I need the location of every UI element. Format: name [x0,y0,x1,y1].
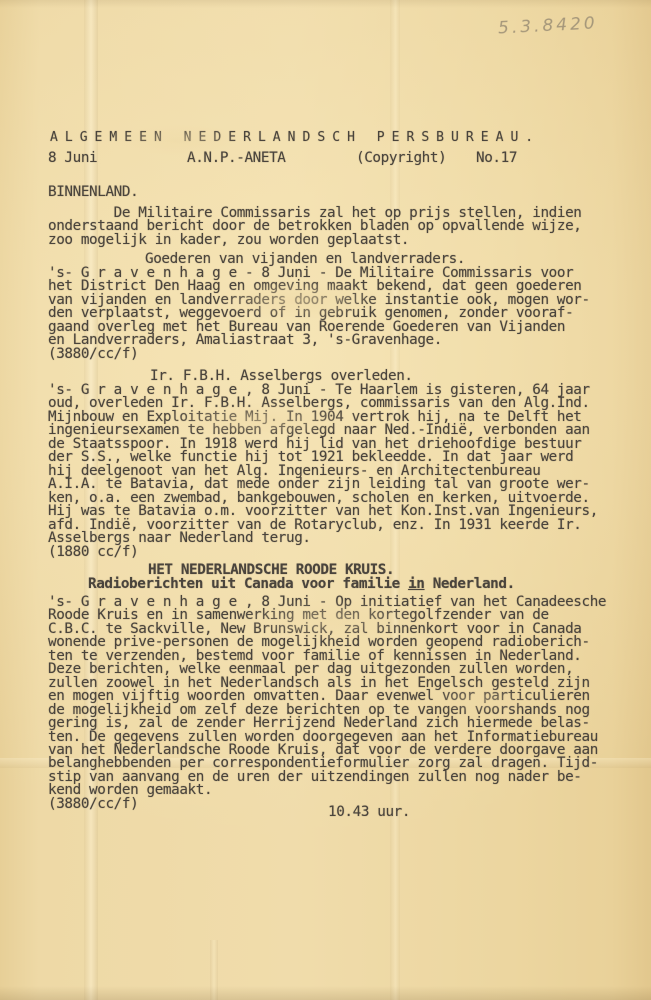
handwritten-archive-number: 5.3.8420 [498,13,599,38]
paper-edge-shadow [0,0,651,8]
article-code: (3880/cc/f) [48,798,138,811]
article-body: 's- G r a v e n h a g e , 8 Juni - Te Ha… [48,384,598,545]
subheading-underlined-word: in [408,576,424,592]
header-copyright: (Copyright) [356,152,446,165]
section-title: BINNENLAND. [48,186,138,199]
editorial-notice: De Militaire Commissaris zal het op prij… [48,207,582,247]
article-code: (3880/cc/f) [48,348,138,361]
document-page: 5.3.8420 A L G E M E E N N E D E R L A N… [0,0,651,1000]
article-body: 's- G r a v e n h a g e - 8 Juni - De Mi… [48,267,590,348]
paper-crease-vertical [210,940,218,1000]
header-date: 8 Juni [48,152,97,165]
paper-edge-shadow [0,986,651,1000]
header-issue-number: No.17 [476,152,517,165]
agency-title: A L G E M E E N N E D E R L A N D S C H … [50,131,533,144]
issue-time: 10.43 uur. [328,806,410,819]
article-code: (1880 cc/f) [48,546,138,559]
article-body: 's- G r a v e n h a g e , 8 Juni - Op in… [48,596,606,798]
subheading-text: Nederland. [425,576,515,592]
article-subheading: Radioberichten uit Canada voor familie i… [88,578,515,591]
subheading-text: Radioberichten uit Canada voor familie [88,576,408,592]
header-service-name: A.N.P.-ANETA [187,152,286,165]
